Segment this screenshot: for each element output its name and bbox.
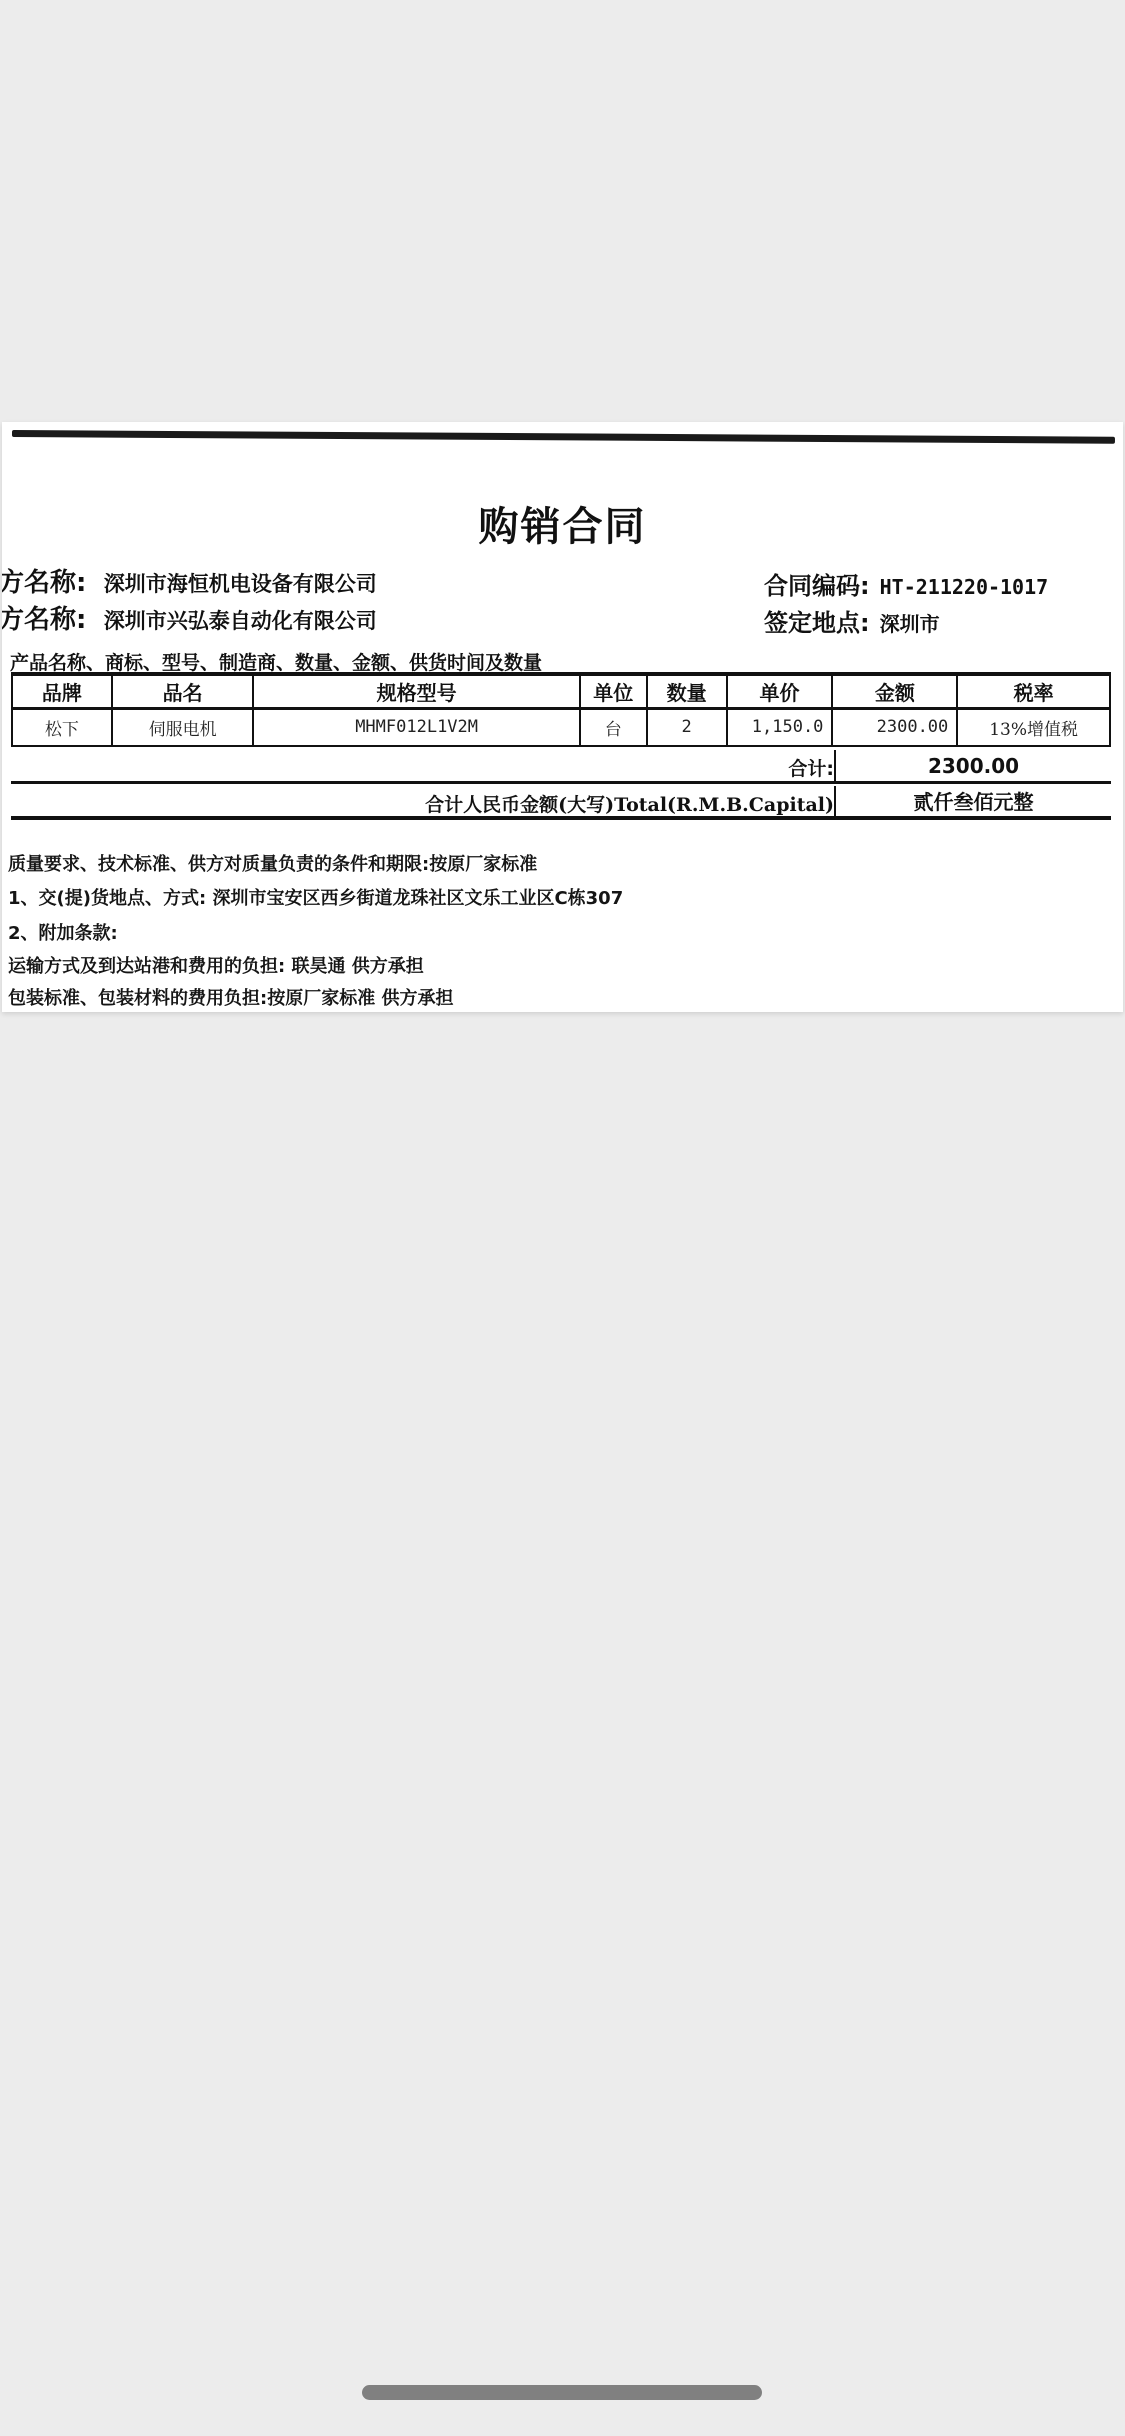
contract-number-value: HT-211220-1017 xyxy=(880,575,1049,599)
subtotal-row: 合计: 2300.00 xyxy=(11,750,1111,784)
table-cell: MHMF012L1V2M xyxy=(253,708,579,746)
clause-line: 2、附加条款: xyxy=(8,919,118,945)
column-header: 数量 xyxy=(647,674,727,708)
table-cell: 2300.00 xyxy=(832,708,957,746)
table-cell: 2 xyxy=(647,708,727,746)
capital-row: 合计人民币金额(大写)Total(R.M.B.Capital) 贰仟叁佰元整 xyxy=(11,786,1111,820)
clause-line: 质量要求、技术标准、供方对质量负责的条件和期限:按原厂家标准 xyxy=(8,850,537,876)
column-header: 单价 xyxy=(727,674,833,708)
supplier-label: 方名称: xyxy=(2,568,86,598)
column-header: 规格型号 xyxy=(253,674,579,708)
buyer-name: 深圳市兴弘泰自动化有限公司 xyxy=(104,609,377,633)
clause-line: 运输方式及到达站港和费用的负担: 联昊通 供方承担 xyxy=(8,952,424,978)
column-header: 税率 xyxy=(957,674,1110,708)
capital-value: 贰仟叁佰元整 xyxy=(834,786,1111,820)
table-cell: 伺服电机 xyxy=(112,708,254,746)
column-header: 单位 xyxy=(580,674,647,708)
supplier-name: 深圳市海恒机电设备有限公司 xyxy=(104,572,377,596)
sign-place: 签定地点:深圳市 xyxy=(764,603,940,638)
column-header: 金额 xyxy=(832,674,957,708)
contract-number-label: 合同编码: xyxy=(764,572,870,600)
buyer-name-line: 方名称: 深圳市兴弘泰自动化有限公司 xyxy=(2,599,377,636)
document-title: 购销合同 xyxy=(2,495,1123,552)
supplier-name-line: 方名称: 深圳市海恒机电设备有限公司 xyxy=(2,562,377,599)
home-indicator[interactable] xyxy=(362,2385,762,2400)
top-border-rule xyxy=(12,430,1115,444)
subtotal-label: 合计: xyxy=(788,754,834,781)
sign-place-label: 签定地点: xyxy=(764,609,870,637)
items-table: 品牌品名规格型号单位数量单价金额税率 松下伺服电机MHMF012L1V2M台21… xyxy=(11,672,1111,747)
buyer-label: 方名称: xyxy=(2,605,86,635)
table-cell: 13%增值税 xyxy=(957,708,1110,746)
contract-document-image: 购销合同 方名称: 深圳市海恒机电设备有限公司 方名称: 深圳市兴弘泰自动化有限… xyxy=(2,422,1123,1012)
contract-number: 合同编码:HT-211220-1017 xyxy=(764,566,1048,601)
items-header-row: 品牌品名规格型号单位数量单价金额税率 xyxy=(12,674,1110,708)
column-header: 品牌 xyxy=(12,674,112,708)
sign-place-value: 深圳市 xyxy=(880,612,940,636)
column-header: 品名 xyxy=(112,674,254,708)
product-section-caption: 产品名称、商标、型号、制造商、数量、金额、供货时间及数量 xyxy=(10,648,542,675)
table-cell: 松下 xyxy=(12,708,112,746)
table-cell: 1,150.0 xyxy=(727,708,833,746)
table-cell: 台 xyxy=(580,708,647,746)
table-row: 松下伺服电机MHMF012L1V2M台21,150.02300.0013%增值税 xyxy=(12,708,1110,746)
subtotal-value: 2300.00 xyxy=(834,750,1111,784)
clause-line: 1、交(提)货地点、方式: 深圳市宝安区西乡街道龙珠社区文乐工业区C栋307 xyxy=(8,884,623,910)
clause-line: 包装标准、包装材料的费用负担:按原厂家标准 供方承担 xyxy=(8,984,453,1010)
capital-label: 合计人民币金额(大写)Total(R.M.B.Capital) xyxy=(425,790,834,817)
